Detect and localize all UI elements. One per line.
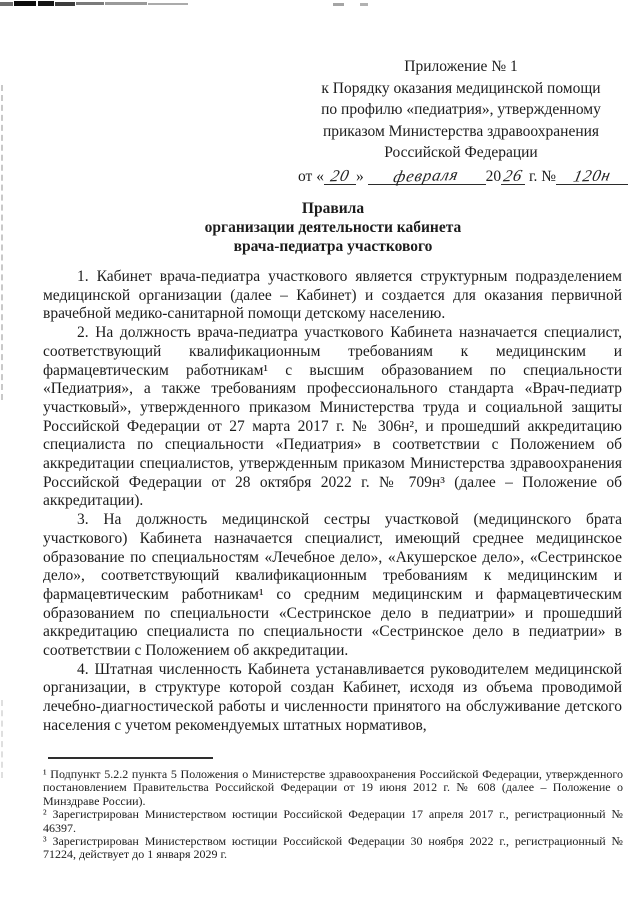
appendix-header-line: Приложение № 1 <box>296 56 626 78</box>
order-date-line: от «20» февраля2026 г. №120н <box>296 166 626 188</box>
handwritten-day: 20 <box>324 168 356 185</box>
date-year-suffix: г. № <box>525 168 556 185</box>
scan-artifact-top <box>0 2 13 6</box>
date-close-quote: » <box>356 168 364 185</box>
scan-artifact-top <box>14 1 36 6</box>
paragraph-4: 4. Штатная численность Кабинета устанавл… <box>43 661 622 736</box>
paragraph-2: 2. На должность врача-педиатра участково… <box>43 324 622 511</box>
paragraph-3: 3. На должность медицинской сестры участ… <box>43 511 622 661</box>
title-line: врача-педиатра участкового <box>43 238 623 257</box>
scanned-document-page: Приложение № 1 к Порядку оказания медици… <box>0 0 640 905</box>
date-century: 20 <box>486 168 502 185</box>
scan-artifact-top <box>38 1 54 6</box>
handwritten-month: февраля <box>368 168 486 185</box>
paragraph-1: 1. Кабинет врача-педиатра участкового яв… <box>43 268 622 324</box>
scan-artifact-top <box>360 3 368 6</box>
footnote-2: ² Зарегистрирован Министерством юстиции … <box>43 808 623 835</box>
title-line: Правила <box>43 200 623 219</box>
appendix-header-line: по профилю «педиатрия», утвержденному <box>296 99 626 121</box>
scan-artifact-top <box>333 3 344 6</box>
document-title: Правила организации деятельности кабинет… <box>43 200 623 256</box>
document-body: 1. Кабинет врача-педиатра участкового яв… <box>43 268 622 736</box>
handwritten-order-number: 120н <box>556 168 628 185</box>
title-line: организации деятельности кабинета <box>43 219 623 238</box>
scan-artifact-top <box>55 2 75 6</box>
scan-artifact-left-edge <box>1 85 3 400</box>
scan-artifact-top <box>105 2 147 5</box>
handwritten-year: 26 <box>501 168 525 185</box>
footnote-1: ¹ Подпункт 5.2.2 пункта 5 Положения о Ми… <box>43 768 623 808</box>
scan-artifact-top <box>76 2 104 5</box>
appendix-header-line: к Порядку оказания медицинской помощи <box>296 78 626 100</box>
scan-artifact-left-edge <box>1 700 3 778</box>
footnote-3: ³ Зарегистрирован Министерством юстиции … <box>43 835 623 862</box>
scan-artifact-top <box>148 3 188 5</box>
appendix-header-line: Российской Федерации <box>296 142 626 164</box>
footnotes: ¹ Подпункт 5.2.2 пункта 5 Положения о Ми… <box>43 768 623 862</box>
date-prefix: от « <box>298 168 324 185</box>
appendix-header-line: приказом Министерства здравоохранения <box>296 121 626 143</box>
footnote-rule <box>48 757 213 759</box>
appendix-header: Приложение № 1 к Порядку оказания медици… <box>296 56 626 187</box>
